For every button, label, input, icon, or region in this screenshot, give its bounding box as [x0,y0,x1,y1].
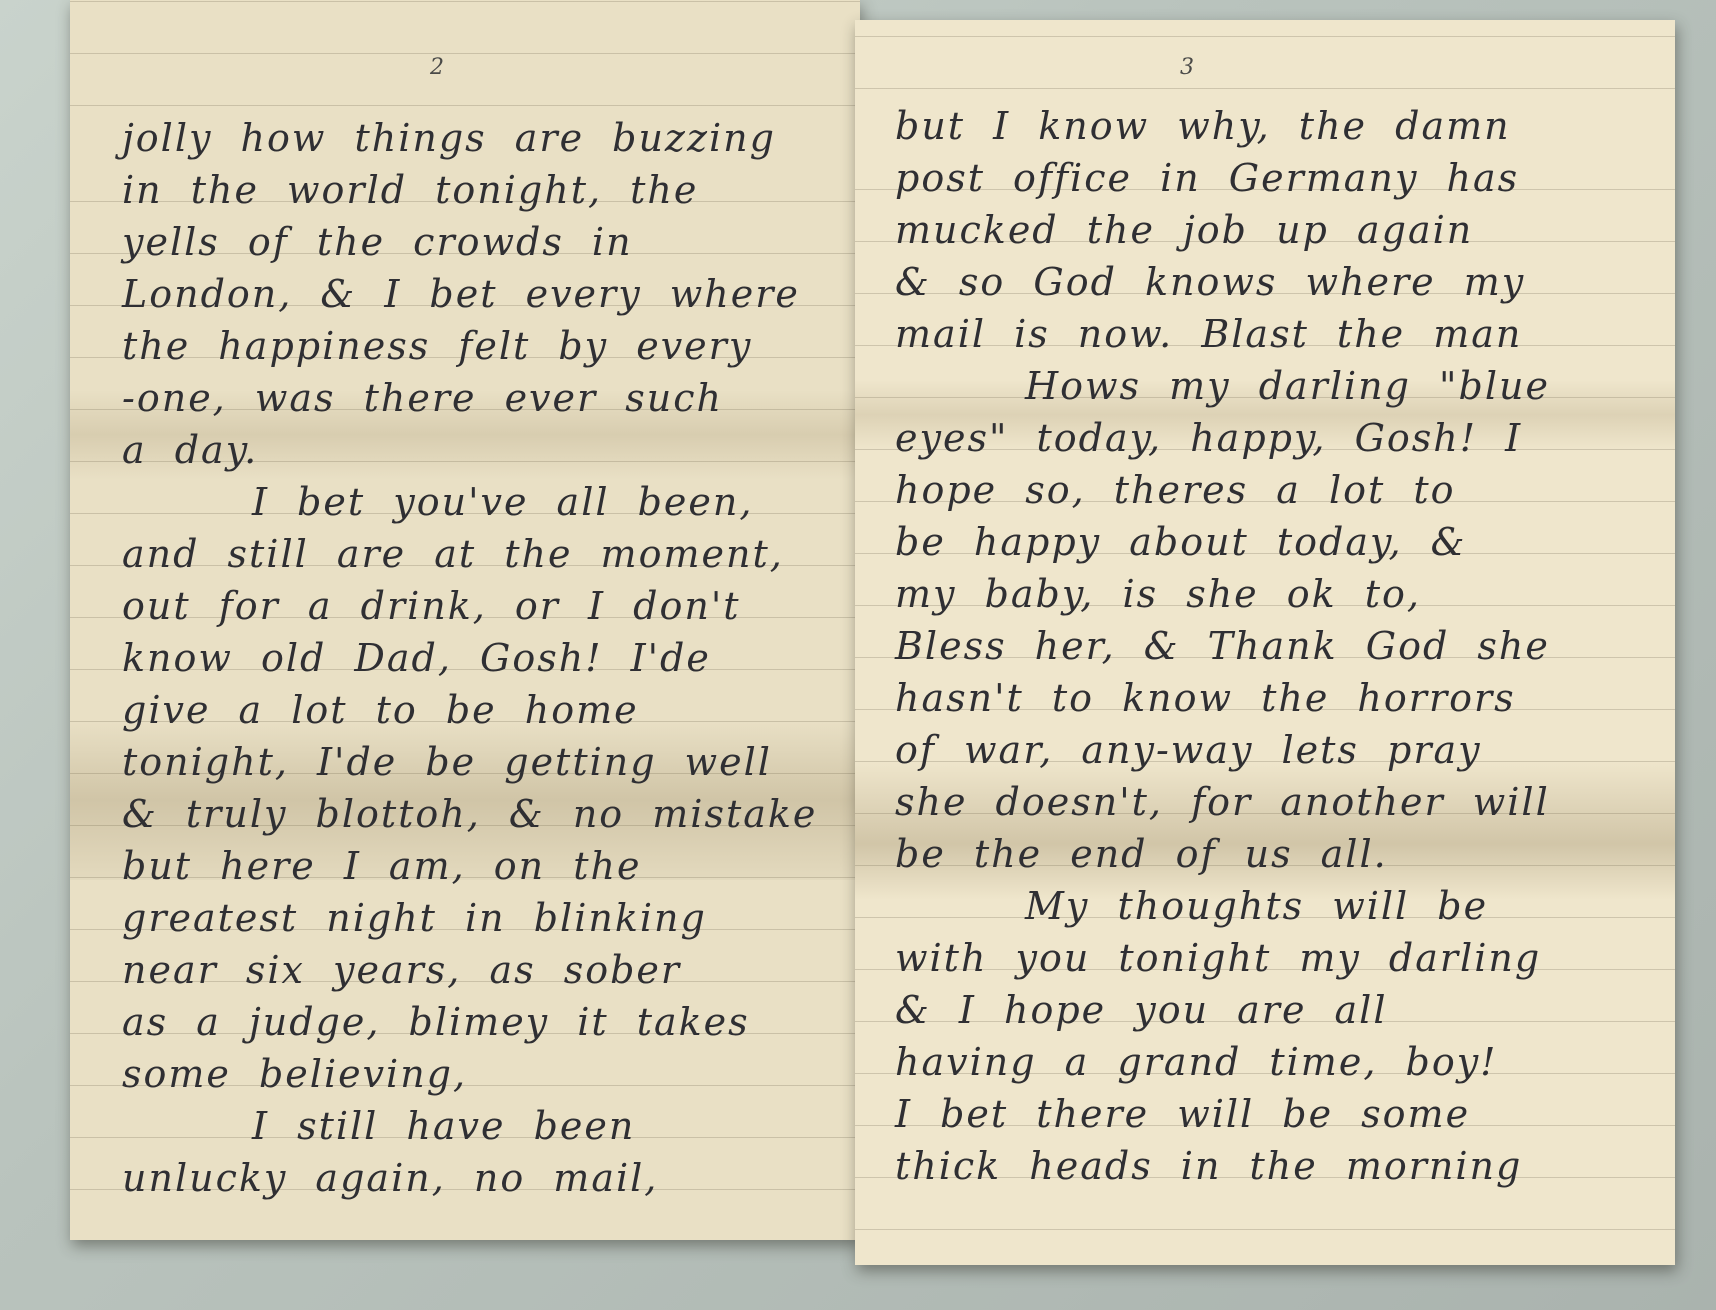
handwritten-line: but here I am, on the [122,840,860,892]
handwritten-line: the happiness felt by every [122,320,860,372]
handwritten-line: Bless her, & Thank God she [895,620,1675,672]
handwritten-line: hasn't to know the horrors [895,672,1675,724]
handwritten-line: know old Dad, Gosh! I'de [122,632,860,684]
handwritten-line: post office in Germany has [895,152,1675,204]
handwritten-line: hope so, theres a lot to [895,464,1675,516]
handwritten-line: of war, any-way lets pray [895,724,1675,776]
handwritten-line: London, & I bet every where [122,268,860,320]
handwritten-line: eyes" today, happy, Gosh! I [895,412,1675,464]
handwritten-line: & truly blottoh, & no mistake [122,788,860,840]
letter-page-2: 2 jolly how things are buzzing in the wo… [70,0,860,1240]
handwritten-line: mail is now. Blast the man [895,308,1675,360]
handwritten-line: & so God knows where my [895,256,1675,308]
handwritten-line: give a lot to be home [122,684,860,736]
handwritten-line: thick heads in the morning [895,1140,1675,1192]
handwritten-line: I bet there will be some [895,1088,1675,1140]
handwritten-line: in the world tonight, the [122,164,860,216]
handwritten-line: I still have been [122,1100,860,1152]
handwritten-line: jolly how things are buzzing [122,112,860,164]
handwritten-line: be the end of us all. [895,828,1675,880]
handwritten-line: some believing, [122,1048,860,1100]
handwritten-line: Hows my darling "blue [895,360,1675,412]
handwritten-line: having a grand time, boy! [895,1036,1675,1088]
handwritten-line: greatest night in blinking [122,892,860,944]
handwritten-line: she doesn't, for another will [895,776,1675,828]
handwritten-lines: jolly how things are buzzing in the worl… [122,112,860,1204]
handwritten-line: but I know why, the damn [895,100,1675,152]
handwritten-line: -one, was there ever such [122,372,860,424]
handwritten-line: My thoughts will be [895,880,1675,932]
handwritten-lines: but I know why, the damn post office in … [895,100,1675,1192]
handwritten-line: a day. [122,424,860,476]
handwritten-line: mucked the job up again [895,204,1675,256]
handwritten-line: out for a drink, or I don't [122,580,860,632]
handwritten-line: & I hope you are all [895,984,1675,1036]
handwritten-line: tonight, I'de be getting well [122,736,860,788]
handwritten-line: as a judge, blimey it takes [122,996,860,1048]
handwritten-line: be happy about today, & [895,516,1675,568]
handwritten-line: yells of the crowds in [122,216,860,268]
handwritten-line: near six years, as sober [122,944,860,996]
letter-page-3: 3 but I know why, the damn post office i… [855,20,1675,1265]
page-number: 3 [1180,55,1194,80]
handwritten-line: with you tonight my darling [895,932,1675,984]
page-number: 2 [430,55,444,80]
handwritten-line: my baby, is she ok to, [895,568,1675,620]
handwritten-line: unlucky again, no mail, [122,1152,860,1204]
handwritten-line: I bet you've all been, [122,476,860,528]
handwritten-line: and still are at the moment, [122,528,860,580]
